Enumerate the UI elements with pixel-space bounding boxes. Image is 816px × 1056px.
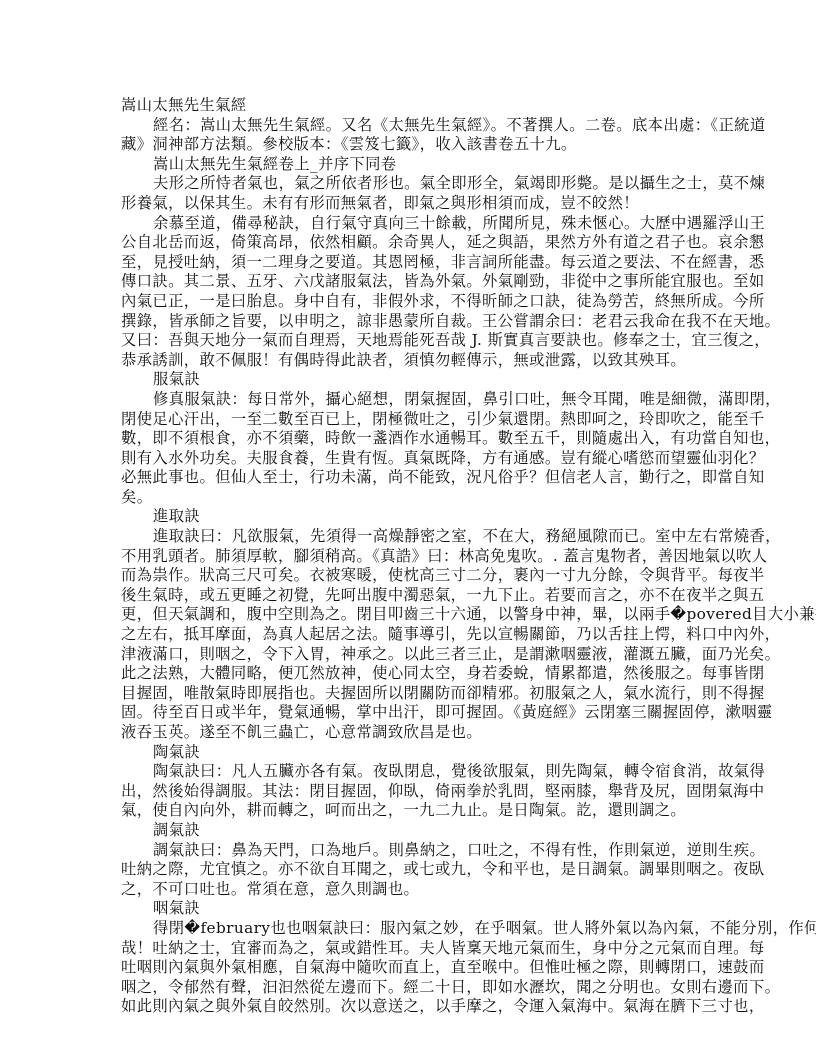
text-line: 咽之，令郁然有聲，汩汩然從左邊而下。經二十日，即如水瀝坎，聞之分明也。女則右邊而… <box>121 978 697 998</box>
text-line: 數，即不須根食，亦不須藥，時飲一盞酒作水通暢耳。數至五千，則隨處出入，有功當自知… <box>121 429 697 449</box>
text-line: 藏》洞神部方法類。參校版本：《雲笈七籤》，收入該書卷五十九。 <box>121 135 697 155</box>
section-heading: 咽氣訣 <box>121 899 697 919</box>
text-line: 經名：嵩山太無先生氣經。又名《太無先生氣經》。不著撰人。二卷。底本出處：《正統道 <box>121 116 697 136</box>
text-line: 進取訣曰：凡欲服氣，先須得一高燥靜密之室，不在大，務絕風隙而已。室中左右常燒香， <box>121 527 697 547</box>
section-heading: 調氣訣 <box>121 821 697 841</box>
text-line: 液吞玉英。遂至不飢三蟲亡，心意常調致欣昌是也。 <box>121 723 697 743</box>
text-line: 又曰：吾與天地分一氣而自理焉，天地焉能死吾哉 J. 斯實真言要訣也。修奉之士，宜… <box>121 331 697 351</box>
text-line: 夫形之所恃者氣也，氣之所依者形也。氣全即形全，氣竭即形斃。是以攝生之士，莫不煉 <box>121 174 697 194</box>
text-line: 之左右，抵耳摩面，為真人起居之法。隨事導引，先以宣暢關節，乃以舌拄上愕，料口中內… <box>121 625 697 645</box>
text-line: 至，見授吐納，須一二理身之要道。其恩罔極，非言詞所能盡。每云道之要法、不在經書，… <box>121 253 697 273</box>
section-heading: 進取訣 <box>121 507 697 527</box>
text-line: 不用乳頭者。肺須厚軟，腳須稍高。《真誥》曰：林高免鬼吹。. 蓋言鬼物者，善因地氣… <box>121 547 697 567</box>
text-line: 哉！吐納之士，宜審而為之，氣或錯性耳。夫人皆稟天地元氣而生，身中分之元氣而自理。… <box>121 939 697 959</box>
text-line: 調氣訣曰：鼻為天門，口為地戶。則鼻納之，口吐之，不得有性，作則氣逆，逆則生疾。 <box>121 841 697 861</box>
section-heading: 嵩山太無先生氣經卷上_并序下同卷 <box>121 155 697 175</box>
document-page: 嵩山太無先生氣經經名：嵩山太無先生氣經。又名《太無先生氣經》。不著撰人。二卷。底… <box>121 96 697 1017</box>
text-line: 更，但天氣調和，腹中空則為之。閉目叩齒三十六通，以警身中神，畢，以兩手�pove… <box>121 605 697 625</box>
text-line: 余慕至道，備尋秘訣，自行氣守真向三十餘載，所聞所見，殊未愜心。大歷中遇羅浮山王 <box>121 214 697 234</box>
text-line: 此之法熟，大體同略，便兀然放神，使心同太空，身若委蛻，情累都遣，然後服之。每事皆… <box>121 664 697 684</box>
text-line: 固。待至百日或半年，覺氣通暢，掌中出汗，即可握固。《黃庭經》云閉塞三關握固停，漱… <box>121 703 697 723</box>
document-title: 嵩山太無先生氣經 <box>121 96 697 116</box>
text-line: 撰錄，皆承師之旨要，以申明之，諒非愚蒙所自裁。王公嘗謂余曰：老君云我命在我不在天… <box>121 312 697 332</box>
text-line: 如此則內氣之與外氣自皎然別。次以意送之，以手摩之，令運入氣海中。氣海在臍下三寸也… <box>121 997 697 1017</box>
text-line: 則有入水外功矣。夫服食養，生貴有恆。真氣既降，方有通感。豈有縱心嗜慾而望靈仙羽化… <box>121 449 697 469</box>
text-line: 出，然後始得調服。其法：閉目握固，仰臥，倚兩拳於乳問，堅兩膝，舉背及尻，固閉氣海… <box>121 782 697 802</box>
text-line: 矣。 <box>121 488 697 508</box>
text-line: 後生氣時，或五更睡之初覺，先呵出腹中濁惡氣，一九下止。若要而言之，亦不在夜半之與… <box>121 586 697 606</box>
text-line: 氣，使自內向外，耕而轉之，呵而出之，一九二九止。是日陶氣。訖，還則調之。 <box>121 801 697 821</box>
text-line: 公自北岳而返，倚策高昂，依然相顧。余奇異人，延之與語，果然方外有道之君子也。哀余… <box>121 233 697 253</box>
text-line: 形養氣，以保其生。未有有形而無氣者，即氣之與形相須而成，豈不皎然！ <box>121 194 697 214</box>
section-heading: 服氣訣 <box>121 370 697 390</box>
text-line: 閉使足心汗出，一至二數至百已上，閉極微吐之，引少氣還閉。熱即呵之，玲即吹之，能至… <box>121 410 697 430</box>
text-line: 吐納之際，尤宜慎之。亦不欲自耳聞之，或七或九，令和平也，是日調氣。調畢則咽之。夜… <box>121 860 697 880</box>
text-line: 得閉�february也也咽氣訣曰：服內氣之妙，在乎咽氣。世人將外氣以為內氣，不… <box>121 919 697 939</box>
text-line: 傳口訣。其二景、五牙、六戊諸服氣法，皆為外氣。外氣剛勁，非從中之事所能宜服也。至… <box>121 272 697 292</box>
section-heading: 陶氣訣 <box>121 743 697 763</box>
text-line: 津液滿口，則咽之，令下入胃，神承之。以此三者三止，是謂漱咽靈液，灌溉五臟，面乃光… <box>121 645 697 665</box>
text-line: 恭承誘訓，敢不佩服！有偶時得此訣者，須慎勿輕傳示，無或泄露，以致其殃耳。 <box>121 351 697 371</box>
text-line: 內氣已正，一是曰胎息。身中自有，非假外求，不得昕師之口訣，徒為勞苦，終無所成。今… <box>121 292 697 312</box>
text-line: 吐咽則內氣與外氣相應，自氣海中隨吹而直上，直至喉中。但惟吐極之際，則轉閉口，速鼓… <box>121 958 697 978</box>
text-line: 修真服氣訣：每日常外，攝心絕想，閉氣握固，鼻引口吐，無令耳聞，唯是細微，滿即閉， <box>121 390 697 410</box>
text-line: 陶氣訣曰：凡人五臟亦各有氣。夜臥閉息，覺後欲服氣，則先陶氣，轉令宿食消，故氣得 <box>121 762 697 782</box>
text-line: 必無此事也。但仙人至士，行功未滿，尚不能致，況凡俗乎？但信老人言，勤行之，即當自… <box>121 468 697 488</box>
text-line: 之，不可口吐也。常須在意，意久則調也。 <box>121 880 697 900</box>
text-line: 而為祟作。狀高三尺可矣。衣被寒暖，使枕高三寸二分，裹內一寸九分餘，令與背平。每夜… <box>121 566 697 586</box>
text-line: 目握固，唯散氣時即展指也。夫握固所以閉關防而卻精邪。初服氣之人，氣水流行，則不得… <box>121 684 697 704</box>
